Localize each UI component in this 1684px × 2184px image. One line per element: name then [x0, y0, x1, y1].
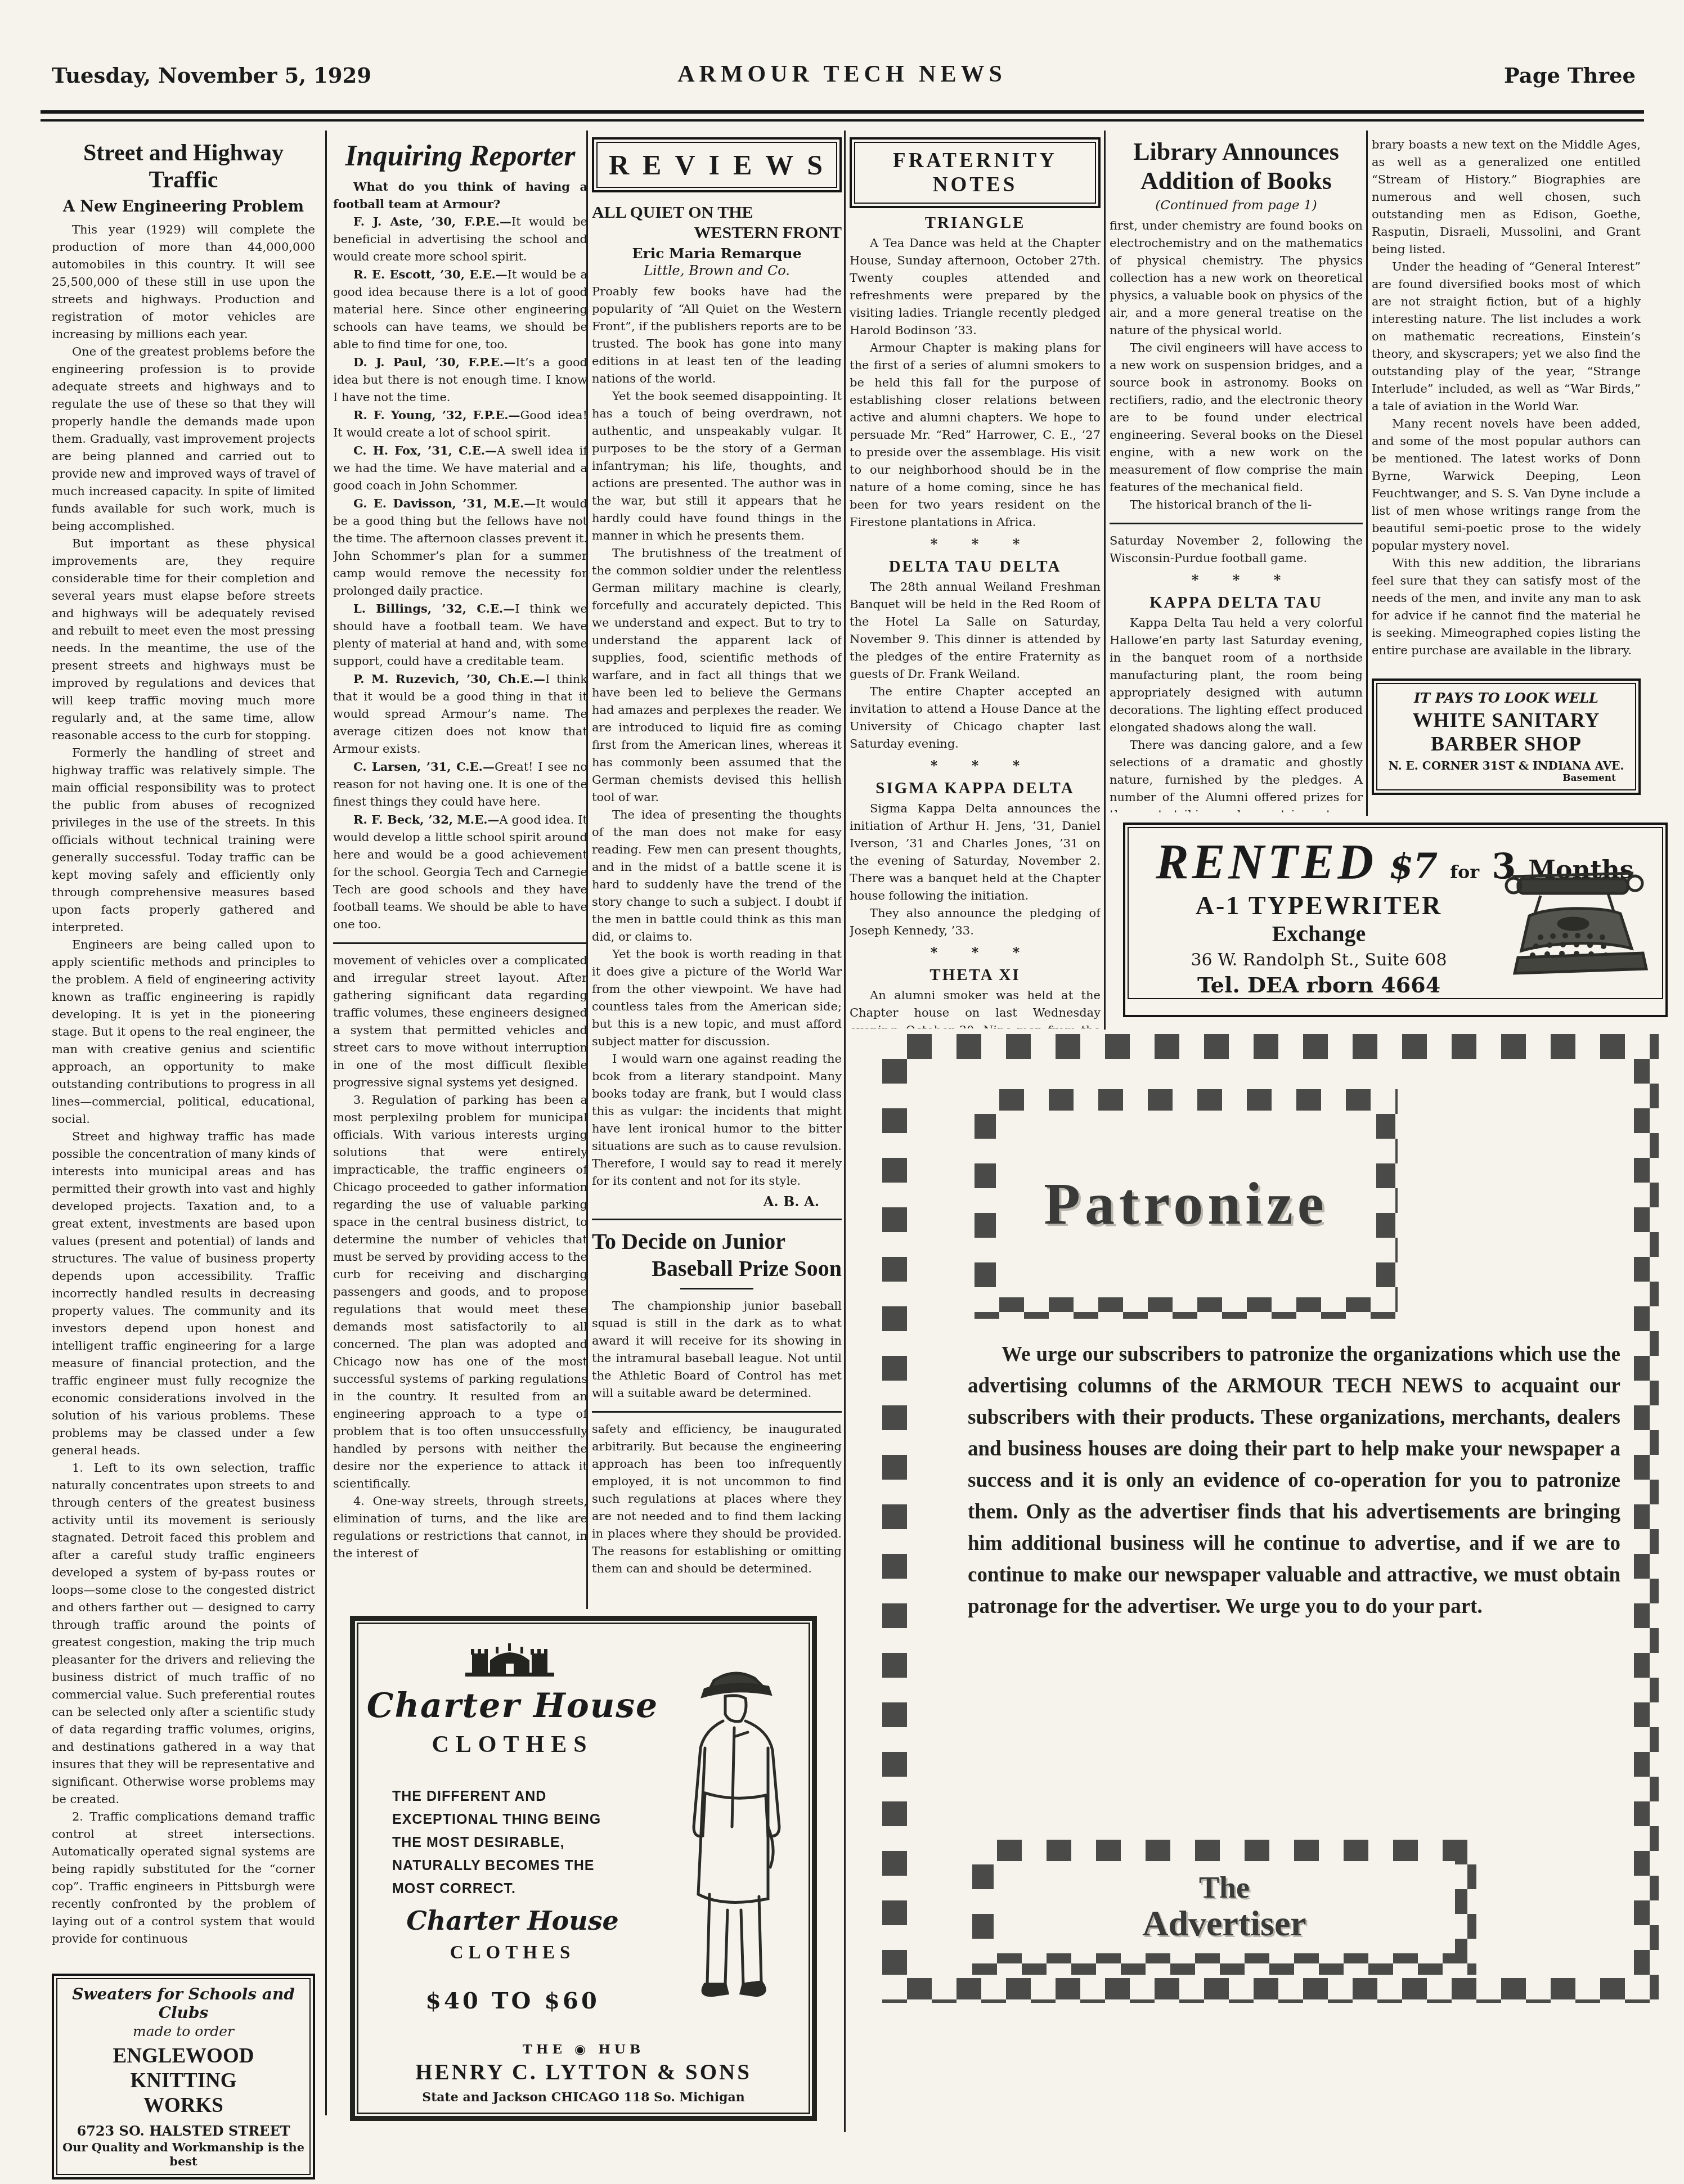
ad-englewood-knitting: Sweaters for Schools and Clubs made to o… — [52, 1974, 315, 2179]
advertiser-word-the: The — [1199, 1871, 1250, 1904]
section-title-delta-tau-delta: DELTA TAU DELTA — [850, 558, 1101, 576]
paragraph-theta-continuation: Saturday November 2, following the Wisco… — [1110, 532, 1363, 567]
response: G. E. Davisson, ’31, M.E.—It would be a … — [333, 495, 587, 600]
paragraph: Proably few books have had the popularit… — [592, 283, 842, 388]
column-fraternity-notes: FRATERNITY NOTES TRIANGLE A Tea Dance wa… — [850, 137, 1101, 1028]
article-title-library: Library Announces Addition of Books — [1110, 137, 1363, 196]
paragraph: The 28th annual Weiland Freshman Banquet… — [850, 578, 1101, 683]
reviews-header-box: REVIEWS — [592, 137, 842, 192]
respondent-name: P. M. Ruzevich, ’30, Ch.E.— — [353, 672, 545, 686]
paragraph: The historical branch of the li- — [1110, 496, 1363, 514]
paragraph: There was dancing galore, and a few sele… — [1110, 736, 1363, 812]
paragraph: Engineers are being called upon to apply… — [52, 936, 315, 1128]
paragraph: The idea of presenting the thoughts of t… — [592, 806, 842, 946]
respondent-name: G. E. Davisson, ’31, M.E.— — [353, 496, 536, 510]
paragraph: first, under chemistry are found books o… — [1110, 217, 1363, 339]
column-inquiring-reporter: Inquiring Reporter What do you think of … — [333, 140, 587, 1602]
response: R. F. Young, ’32, F.P.E.—Good idea! It w… — [333, 406, 587, 442]
advertiser-word: Advertiser — [1142, 1904, 1306, 1943]
section-title-triangle: TRIANGLE — [850, 214, 1101, 232]
response: D. J. Paul, ’30, F.P.E.—It’s a good idea… — [333, 353, 587, 406]
ad-patronize-body: We urge our subscribers to patronize the… — [968, 1339, 1620, 1623]
ad-barber-name: WHITE SANITARY BARBER SHOP — [1382, 708, 1631, 756]
section-title-theta-xi: THETA XI — [850, 966, 1101, 985]
paragraph: Kappa Delta Tau held a very colorful Hal… — [1110, 614, 1363, 736]
review-byline: A. B. A. — [592, 1193, 842, 1210]
fraternity-header-box: FRATERNITY NOTES — [850, 137, 1101, 208]
respondent-name: D. J. Paul, ’30, F.P.E.— — [353, 355, 515, 369]
asterisk-separator: * * * — [850, 944, 1101, 960]
column-library-continued: brary boasts a new text on the Middle Ag… — [1372, 136, 1641, 795]
ad-charter-clothes-2: CLOTHES — [361, 1943, 664, 1963]
response: L. Billings, ’32, C.E.—I think we should… — [333, 600, 587, 670]
header-rule-1 — [41, 110, 1644, 114]
ad-patronize: Patronize We urge our subscribers to pat… — [882, 1034, 1659, 2003]
paragraph-continuation: safety and efficiency, be inaugurated ar… — [592, 1421, 842, 1578]
column-rule-3 — [844, 131, 846, 2132]
ad-typewriter-phone: Tel. DEA rborn 4664 — [1139, 972, 1499, 997]
ad-englewood-inner: Sweaters for Schools and Clubs made to o… — [56, 1978, 311, 2175]
response: R. F. Beck, ’32, M.E.—A good idea. It wo… — [333, 811, 587, 933]
section-rule — [1110, 523, 1363, 524]
column-street-traffic: Street and Highway Traffic A New Enginee… — [52, 137, 315, 2179]
column-reviews: REVIEWS ALL QUIET ON THE WESTERN FRONT E… — [592, 137, 842, 1598]
paragraph: They also announce the pledging of Josep… — [850, 905, 1101, 940]
paragraph: Yet the book seemed disappointing. It ha… — [592, 388, 842, 545]
ad-charter-price: $40 TO $60 — [361, 1988, 664, 2014]
response: C. Larsen, ’31, C.E.—Great! I see no rea… — [333, 758, 587, 811]
typewriter-icon — [1501, 853, 1659, 982]
ad-charter-brand-2: Charter House — [361, 1906, 664, 1936]
ad-barber-note: Basement — [1382, 772, 1631, 784]
price: $7 — [1389, 846, 1438, 887]
article-title-street-traffic: Street and Highway Traffic — [52, 140, 315, 194]
paragraph: But important as these physical improvem… — [52, 535, 315, 744]
respondent-name: C. Larsen, ’31, C.E.— — [353, 760, 495, 774]
paragraph: Many recent novels have been added, and … — [1372, 415, 1641, 555]
paragraph: Yet the book is worth reading in that it… — [592, 946, 842, 1050]
paragraph: With this new addition, the librarians f… — [1372, 555, 1641, 659]
ad-barber-shop: IT PAYS TO LOOK WELL WHITE SANITARY BARB… — [1372, 678, 1641, 795]
newspaper-page: Tuesday, November 5, 1929 ARMOUR TECH NE… — [0, 0, 1684, 2184]
response: C. H. Fox, ’31, C.E.—A swell idea if we … — [333, 442, 587, 495]
rented-word: RENTED — [1156, 834, 1377, 891]
ad-charter-address: State and Jackson CHICAGO 118 So. Michig… — [355, 2090, 812, 2105]
column-rule-5 — [1366, 131, 1368, 816]
paragraph: The civil engineers will have access to … — [1110, 339, 1363, 496]
ad-typewriter-company-2: Exchange — [1139, 920, 1499, 947]
ad-typewriter-inner: RENTED $7 for 3 Months A-1 TYPEWRITER Ex… — [1128, 827, 1663, 999]
paragraph: brary boasts a new text on the Middle Ag… — [1372, 136, 1641, 258]
paragraph: The entire Chapter accepted an invitatio… — [850, 683, 1101, 753]
ad-charter-tagline: THE DIFFERENT AND EXCEPTIONAL THING BEIN… — [392, 1785, 617, 1900]
ad-typewriter-address: 36 W. Randolph St., Suite 608 — [1139, 950, 1499, 970]
response: R. E. Escott, ’30, E.E.—It would be a go… — [333, 266, 587, 353]
reviews-header: REVIEWS — [596, 142, 837, 188]
paragraph: An alumni smoker was held at the Chapter… — [850, 987, 1101, 1028]
ad-charter-house: Charter House CLOTHES THE DIFFERENT AND … — [350, 1616, 817, 2121]
column-rule-1 — [325, 131, 327, 2115]
paragraph: Street and highway traffic has made poss… — [52, 1128, 315, 1459]
respondent-name: R. F. Young, ’32, F.P.E.— — [353, 408, 520, 422]
ad-charter-clothes: CLOTHES — [361, 1731, 664, 1758]
respondent-name: C. H. Fox, ’31, C.E.— — [353, 443, 497, 457]
ad-englewood-name: ENGLEWOOD KNITTING WORKS — [62, 2044, 305, 2118]
column-rule-4 — [1104, 131, 1106, 1030]
ad-englewood-tagline: Our Quality and Workmanship is the best — [62, 2140, 305, 2168]
section-rule — [333, 942, 587, 944]
review-author: Eric Maria Remarque — [592, 245, 842, 262]
ad-typewriter-rental: RENTED $7 for 3 Months A-1 TYPEWRITER Ex… — [1123, 823, 1668, 1017]
ad-englewood-line1: Sweaters for Schools and Clubs — [62, 1985, 305, 2022]
man-in-overcoat-illustration — [660, 1658, 809, 2023]
paragraph: Under the heading of “General Interest” … — [1372, 258, 1641, 415]
inquiring-question: What do you think of having a football t… — [333, 178, 587, 213]
article-subtitle: A New Engineering Problem — [52, 198, 315, 215]
paragraph: Armour Chapter is making plans for the f… — [850, 339, 1101, 531]
paragraph: This year (1929) will complete the produ… — [52, 221, 315, 343]
review-publisher: Little, Brown and Co. — [592, 263, 842, 278]
asterisk-separator: * * * — [850, 536, 1101, 552]
ad-charter-brand: Charter House — [361, 1686, 664, 1725]
ad-patronize-bottom-banner: The Advertiser — [972, 1840, 1476, 1975]
paragraph: 1. Left to its own selection, traffic na… — [52, 1459, 315, 1808]
respondent-name: L. Billings, ’32, C.E.— — [353, 601, 515, 615]
response: P. M. Ruzevich, ’30, Ch.E.—I think that … — [333, 670, 587, 758]
fraternity-header: FRATERNITY NOTES — [854, 142, 1096, 204]
asterisk-separator: * * * — [850, 757, 1101, 774]
column-title-inquiring-reporter: Inquiring Reporter — [333, 141, 587, 172]
ad-barber-inner: IT PAYS TO LOOK WELL WHITE SANITARY BARB… — [1376, 683, 1636, 790]
ad-barber-tagline: IT PAYS TO LOOK WELL — [1382, 690, 1631, 706]
paragraph-continuation: movement of vehicles over a complicated … — [333, 952, 587, 1091]
section-rule — [592, 1219, 842, 1220]
continued-note: (Continued from page 1) — [1110, 198, 1363, 213]
paragraph: Sigma Kappa Delta announces the initiati… — [850, 800, 1101, 905]
paragraph-continuation: 4. One-way streets, through streets, eli… — [333, 1493, 587, 1562]
ad-charter-hub: THE ◉ HUB — [355, 2042, 812, 2057]
column-library: Library Announces Addition of Books (Con… — [1110, 137, 1363, 812]
paragraph-continuation: 3. Regulation of parking has been a most… — [333, 1091, 587, 1493]
headline-rule — [680, 1288, 753, 1289]
ad-englewood-address: 6723 SO. HALSTED STREET — [62, 2123, 305, 2139]
paragraph: I would warn one against reading the bco… — [592, 1050, 842, 1190]
article-title-baseball: To Decide on Junior Baseball Prize Soon — [592, 1228, 842, 1282]
respondent-name: R. F. Beck, ’32, M.E.— — [353, 812, 499, 826]
asterisk-separator: * * * — [1110, 572, 1363, 588]
paragraph: The championship junior baseball squad i… — [592, 1297, 842, 1402]
respondent-name: R. E. Escott, ’30, E.E.— — [353, 267, 508, 281]
ad-barber-address: N. E. CORNER 31ST & INDIANA AVE. — [1382, 759, 1631, 772]
paragraph: 2. Traffic complications demand traffic … — [52, 1808, 315, 1948]
ad-charter-store: HENRY C. LYTTON & SONS — [355, 2060, 812, 2085]
masthead-title: ARMOUR TECH NEWS — [0, 61, 1684, 88]
header-rule-2 — [41, 119, 1644, 122]
respondent-name: F. J. Aste, ’30, F.P.E.— — [353, 214, 511, 228]
paragraph: The brutishness of the treatment of the … — [592, 545, 842, 806]
review-book-title: ALL QUIET ON THE WESTERN FRONT — [592, 203, 842, 243]
section-rule — [592, 1411, 842, 1413]
paragraph: One of the greatest problems before the … — [52, 343, 315, 535]
section-title-sigma-kappa-delta: SIGMA KAPPA DELTA — [850, 779, 1101, 798]
ad-typewriter-company-1: A-1 TYPEWRITER — [1139, 891, 1499, 920]
ad-englewood-line2: made to order — [62, 2023, 305, 2039]
hub-icon: ◉ — [574, 2042, 590, 2057]
paragraph: Formerly the handling of street and high… — [52, 744, 315, 936]
section-title-kappa-delta-tau: KAPPA DELTA TAU — [1110, 594, 1363, 612]
page-number: Page Three — [1504, 63, 1636, 88]
patronize-word: Patronize — [1044, 1170, 1328, 1238]
ad-patronize-top-banner: Patronize — [975, 1089, 1398, 1319]
castle-icon — [462, 1643, 558, 1678]
ad-patronize-inner: Patronize We urge our subscribers to pat… — [907, 1059, 1634, 1978]
response: F. J. Aste, ’30, F.P.E.—It would be bene… — [333, 213, 587, 266]
paragraph: A Tea Dance was held at the Chapter Hous… — [850, 235, 1101, 339]
